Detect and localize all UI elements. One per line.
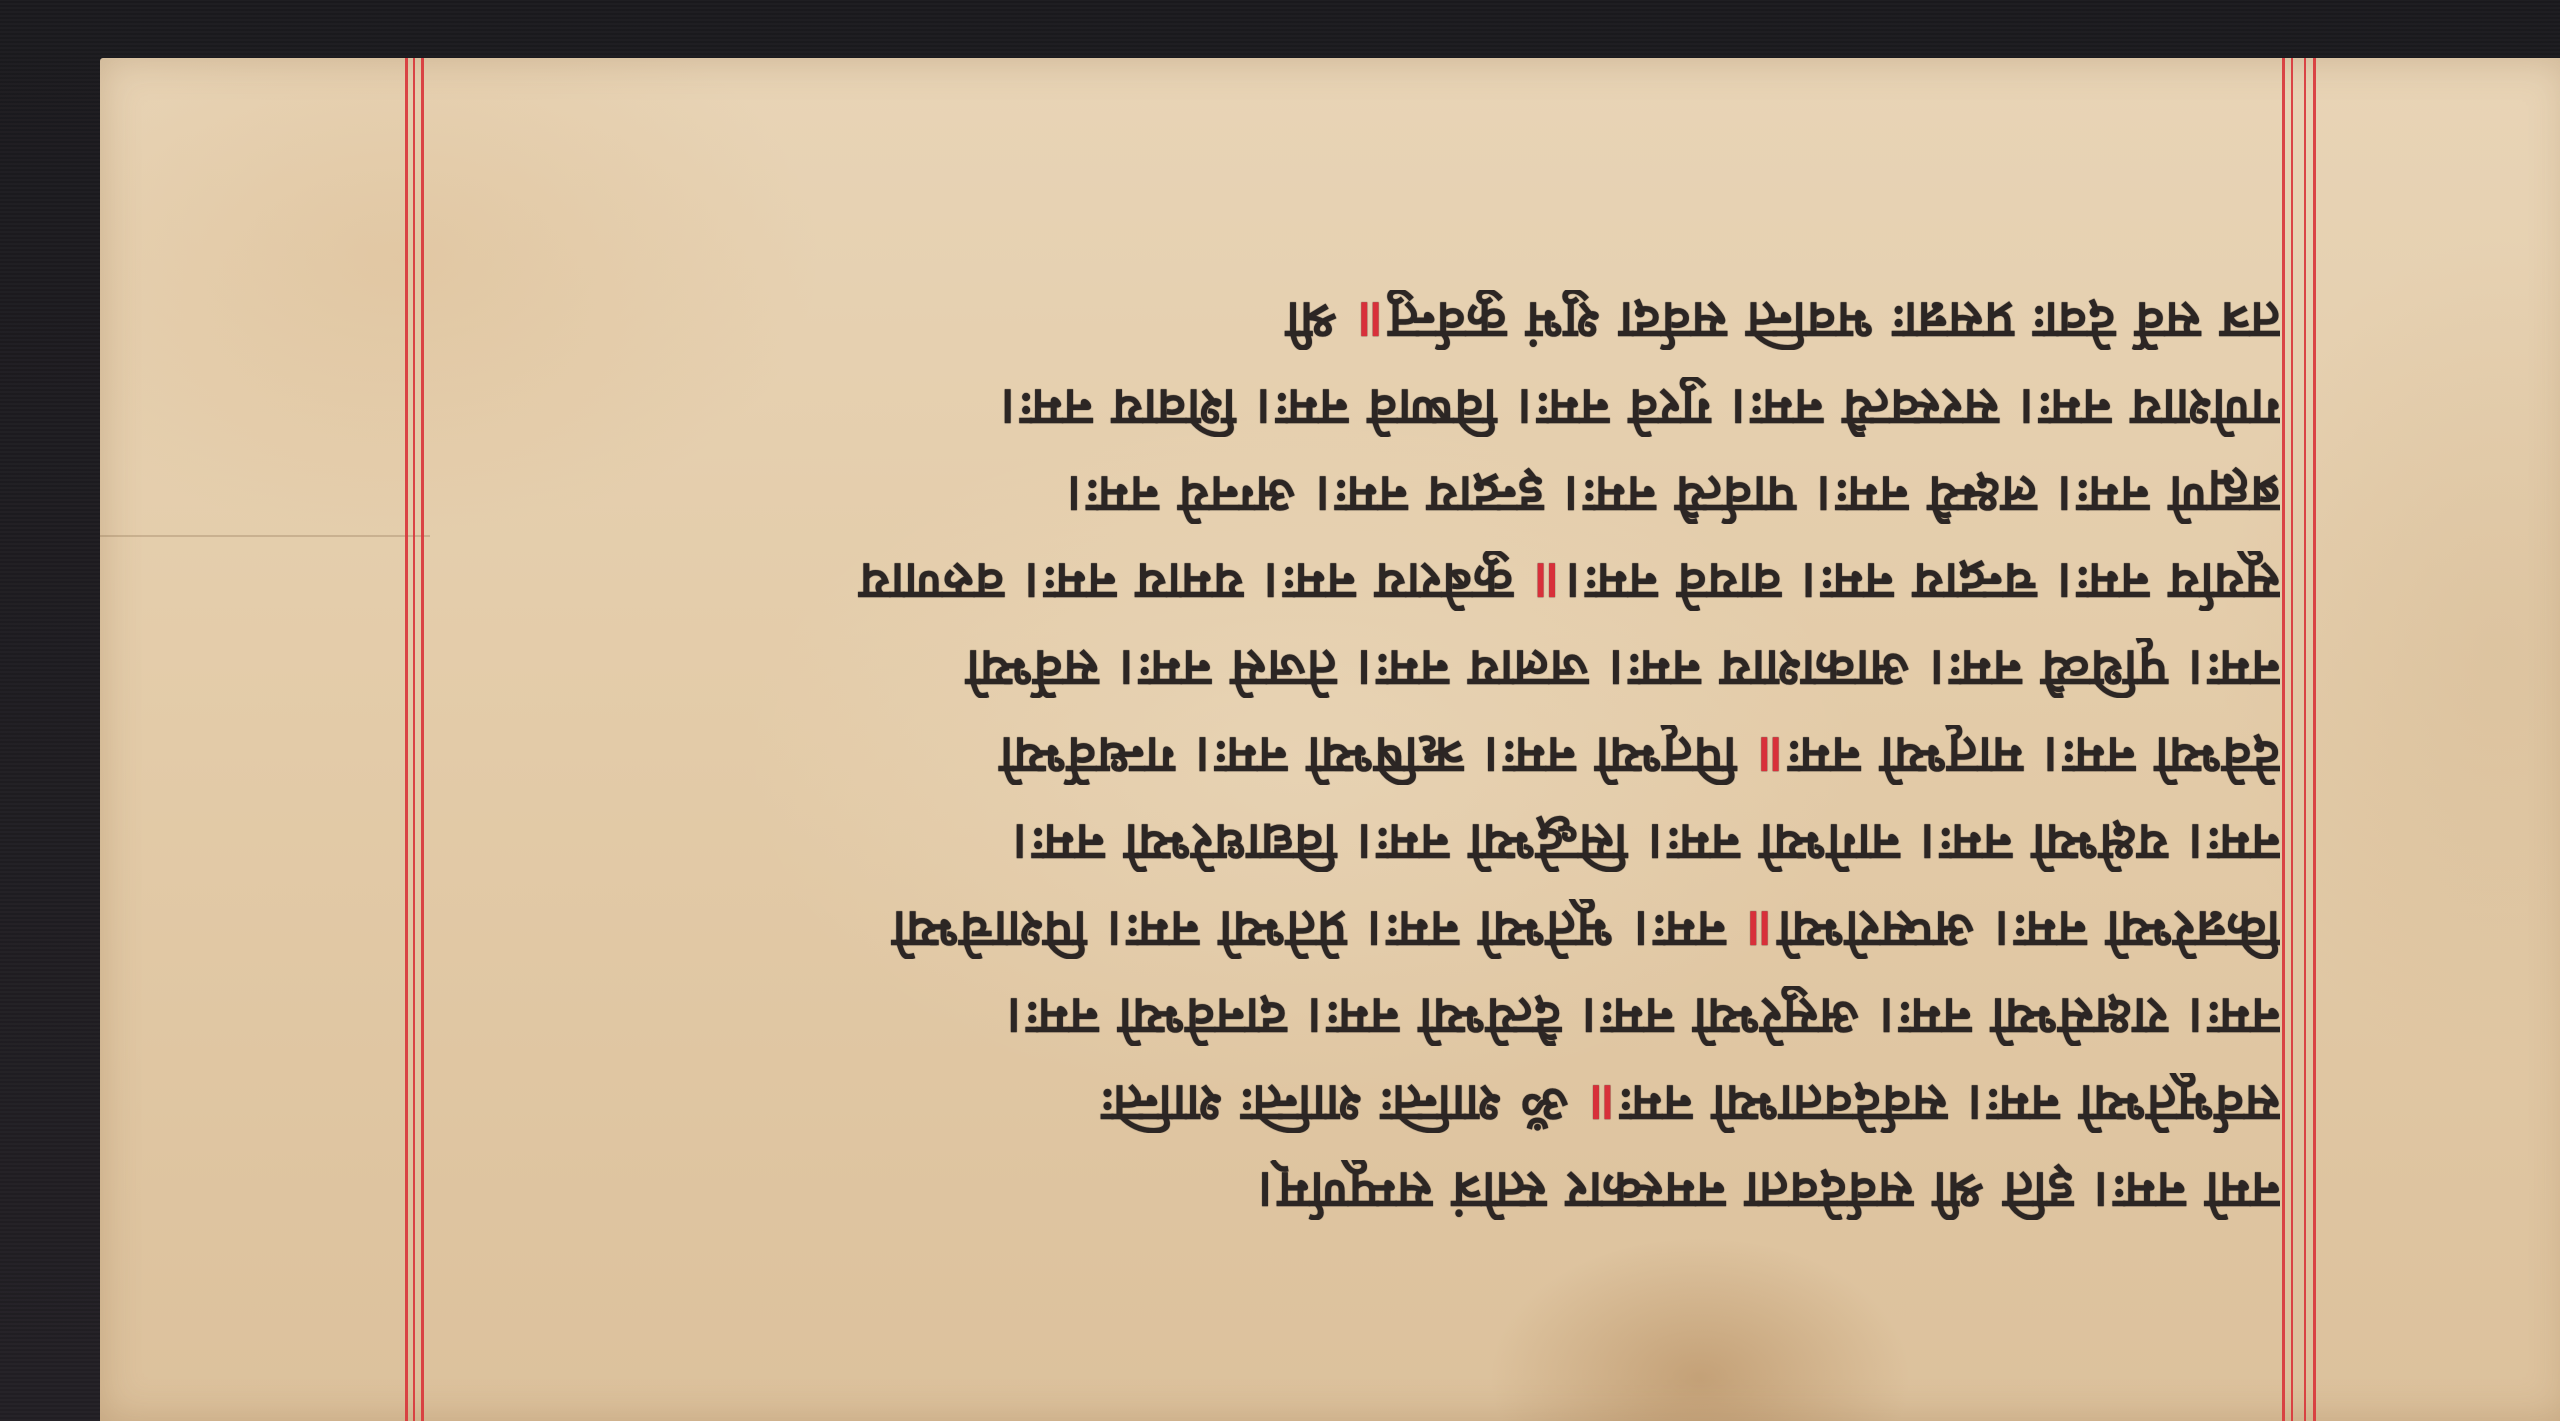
red-danda-mark: ॥ xyxy=(1745,899,1777,959)
red-danda-mark: ॥ xyxy=(1532,551,1564,611)
paper-crease xyxy=(100,535,430,537)
text-segment: नमः। पृथिव्यै नमः। आकाशाय नमः। जलाय नमः।… xyxy=(965,638,2280,698)
right-margin-rule-2 xyxy=(2291,58,2293,1421)
right-margin-rule-3 xyxy=(2304,58,2306,1421)
left-margin-rule-3 xyxy=(421,58,424,1421)
text-segment: देवेभ्यो नमः। मातृभ्यो नमः xyxy=(1788,725,2280,785)
red-danda-mark: ॥ xyxy=(1356,290,1388,350)
red-danda-mark: ॥ xyxy=(1756,725,1788,785)
text-segment: किन्नरेभ्यो नमः। अप्सरोभ्यो xyxy=(1777,899,2280,959)
right-margin-rule-4 xyxy=(2313,58,2316,1421)
text-segment: गणेशाय नमः। सरस्वत्यै नमः। गुरवे नमः। वि… xyxy=(999,377,2280,437)
text-segment: नमः। भूतेभ्यो नमः। प्रेतेभ्यो नमः। पिशाच… xyxy=(892,899,1745,959)
text-segment: ॐ शान्तिः शान्तिः शान्तिः xyxy=(1101,1073,1587,1133)
text-line: ब्रह्मणे नमः। लक्ष्म्यै नमः। पार्वत्यै न… xyxy=(430,464,2280,524)
text-line: सर्वभूतेभ्यो नमः। सर्वदेवताभ्यो नमः॥ ॐ श… xyxy=(430,1073,2280,1133)
text-segment: सर्वभूतेभ्यो नमः। सर्वदेवताभ्यो नमः xyxy=(1620,1073,2280,1133)
text-line: देवेभ्यो नमः। मातृभ्यो नमः॥ पितृभ्यो नमः… xyxy=(430,725,2280,785)
text-line: नमो नमः। इति श्री सर्वदेवता नमस्कार स्तो… xyxy=(430,1160,2280,1220)
right-margin-rule-1 xyxy=(2282,58,2285,1421)
text-line: गणेशाय नमः। सरस्वत्यै नमः। गुरवे नमः। वि… xyxy=(430,377,2280,437)
text-segment: पितृभ्यो नमः। ऋषिभ्यो नमः। गन्धर्वेभ्यो xyxy=(999,725,1756,785)
text-line: नमः। यक्षेभ्यो नमः। नागेभ्यो नमः। सिद्धे… xyxy=(430,812,2280,872)
text-line: तत्र सर्वे देवाः प्रसन्नाः भवन्ति सर्वदा… xyxy=(430,290,2280,350)
text-segment: सूर्याय नमः। चन्द्राय नमः। वायवे नमः। xyxy=(1564,551,2280,611)
text-line: नमः। राक्षसेभ्यो नमः। असुरेभ्यो नमः। दैत… xyxy=(430,986,2280,1046)
text-segment: तत्र सर्वे देवाः प्रसन्नाः भवन्ति सर्वदा… xyxy=(1388,290,2280,350)
left-margin-rule-1 xyxy=(405,58,408,1421)
text-segment: कुबेराय नमः। यमाय नमः। वरुणाय xyxy=(859,551,1533,611)
text-segment: नमः। राक्षसेभ्यो नमः। असुरेभ्यो नमः। दैत… xyxy=(1005,986,2280,1046)
manuscript-text-block: नमो नमः। इति श्री सर्वदेवता नमस्कार स्तो… xyxy=(430,260,2280,1220)
red-danda-mark: ॥ xyxy=(1587,1073,1619,1133)
text-segment: श्री xyxy=(1285,290,1355,350)
text-segment: नमो नमः। इति श्री सर्वदेवता नमस्कार स्तो… xyxy=(1256,1160,2280,1220)
left-margin-rule-2 xyxy=(413,58,415,1421)
text-line: सूर्याय नमः। चन्द्राय नमः। वायवे नमः।॥ क… xyxy=(430,551,2280,611)
text-line: किन्नरेभ्यो नमः। अप्सरोभ्यो॥ नमः। भूतेभ्… xyxy=(430,899,2280,959)
text-line: नमः। पृथिव्यै नमः। आकाशाय नमः। जलाय नमः।… xyxy=(430,638,2280,698)
text-segment: ब्रह्मणे नमः। लक्ष्म्यै नमः। पार्वत्यै न… xyxy=(1065,464,2280,524)
text-segment: नमः। यक्षेभ्यो नमः। नागेभ्यो नमः। सिद्धे… xyxy=(1011,812,2280,872)
